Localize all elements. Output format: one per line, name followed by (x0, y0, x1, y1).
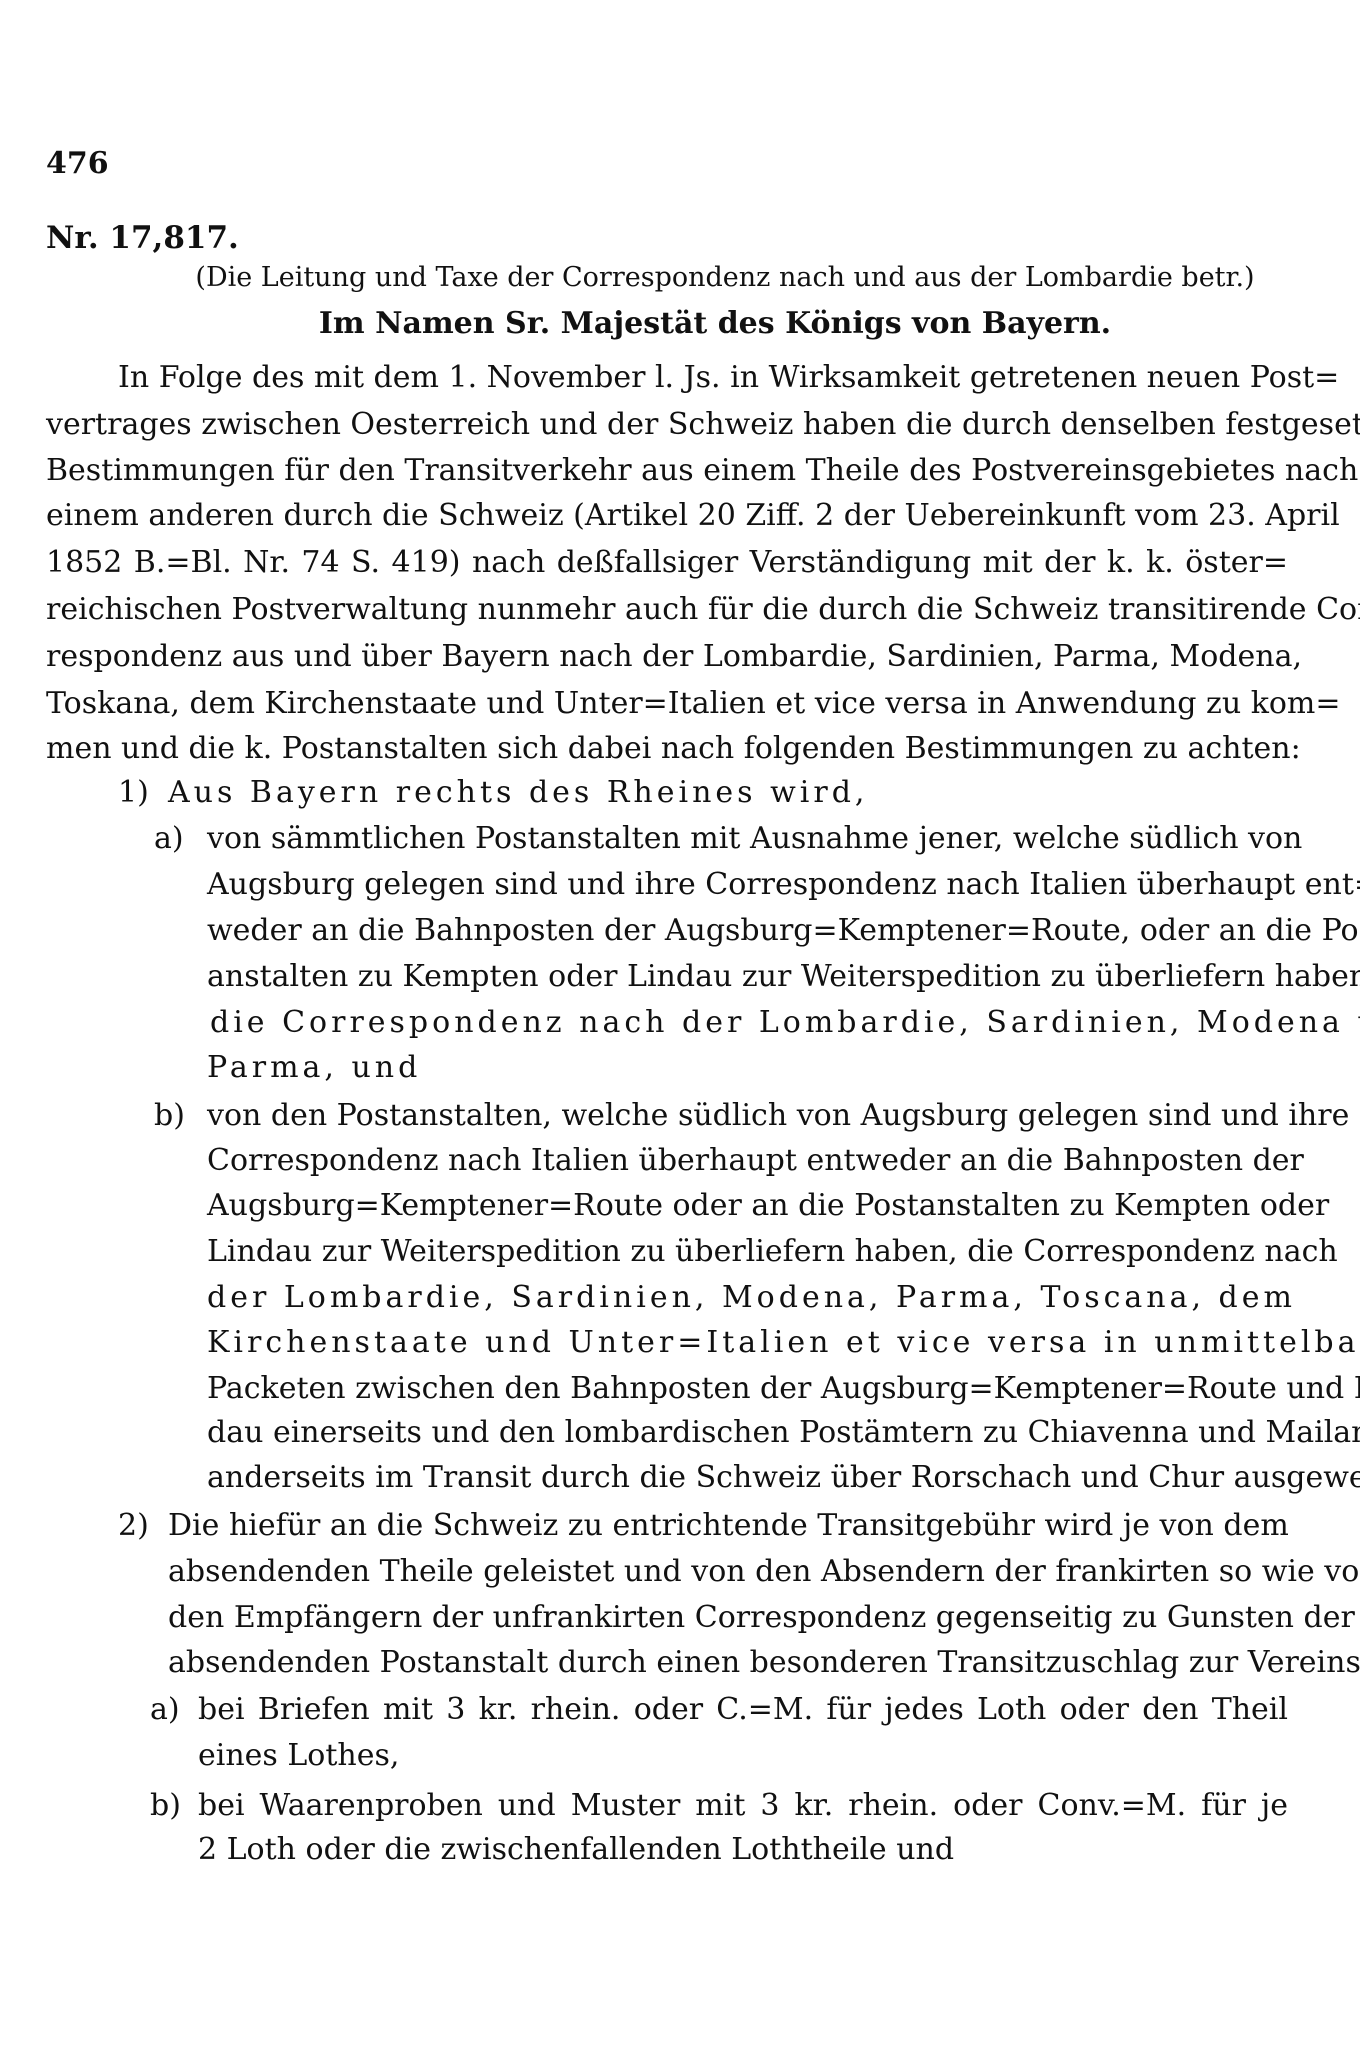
intro-line: Bestimmungen für den Transitverkehr aus … (46, 453, 1288, 489)
section-1b-line: Augsburg=Kemptener=Route oder an die Pos… (207, 1188, 1288, 1224)
section-2-label: 2) (118, 1508, 149, 1544)
intro-line: Toskana, dem Kirchenstaate und Unter=Ita… (46, 686, 1288, 722)
section-1b-line: Correspondenz nach Italien überhaupt ent… (207, 1143, 1288, 1179)
section-2-line: den Empfängern der unfrankirten Correspo… (168, 1600, 1288, 1636)
section-1-title: Aus Bayern rechts des Rheines wird, (168, 775, 868, 811)
intro-line: vertrages zwischen Oesterreich und der S… (46, 407, 1288, 443)
section-1a-line: Parma, und (207, 1050, 421, 1086)
document-subtitle: (Die Leitung und Taxe der Correspondenz … (0, 262, 1360, 293)
section-1b-line: von den Postanstalten, welche südlich vo… (207, 1098, 1288, 1134)
section-1-label: 1) (118, 775, 149, 811)
section-1b-line: dau einerseits und den lombardischen Pos… (207, 1415, 1288, 1451)
section-1b-line: der Lombardie, Sardinien, Modena, Parma,… (207, 1280, 1288, 1316)
section-2b-label: b) (150, 1788, 181, 1824)
section-1b-line: Kirchenstaate und Unter=Italien et vice … (207, 1325, 1288, 1361)
section-1a-line: Augsburg gelegen sind und ihre Correspon… (207, 867, 1288, 903)
section-2-line: absendenden Theile geleistet und von den… (168, 1554, 1288, 1590)
section-1a-line: weder an die Bahnposten der Augsburg=Kem… (207, 913, 1288, 949)
section-2-line: Die hiefür an die Schweiz zu entrichtend… (168, 1508, 1288, 1544)
section-1b-line: anderseits im Transit durch die Schweiz … (207, 1460, 1288, 1496)
section-1b-label: b) (154, 1098, 185, 1134)
section-2b-line: 2 Loth oder die zwischenfallenden Lothth… (198, 1832, 954, 1868)
intro-line: In Folge des mit dem 1. November l. Js. … (118, 360, 1288, 396)
intro-line: reichischen Postverwaltung nunmehr auch … (46, 592, 1288, 628)
section-2a-line: bei Briefen mit 3 kr. rhein. oder C.=M. … (198, 1692, 1288, 1728)
document-number: Nr. 17,817. (46, 220, 239, 256)
section-2b-line: bei Waarenproben und Muster mit 3 kr. rh… (198, 1788, 1288, 1824)
section-1b-line: Packeten zwischen den Bahnposten der Aug… (207, 1371, 1288, 1407)
section-1a-label: a) (154, 821, 184, 857)
section-2a-line: eines Lothes, (198, 1738, 399, 1774)
intro-line: 1852 B.=Bl. Nr. 74 S. 419) nach deßfalls… (46, 545, 1288, 581)
intro-line: men und die k. Postanstalten sich dabei … (46, 731, 1301, 767)
section-1a-line: von sämmtlichen Postanstalten mit Ausnah… (207, 821, 1288, 857)
document-heading: Im Namen Sr. Majestät des Königs von Bay… (0, 306, 1360, 341)
intro-line: einem anderen durch die Schweiz (Artikel… (46, 498, 1288, 534)
page-number: 476 (46, 146, 109, 181)
intro-line: respondenz aus und über Bayern nach der … (46, 639, 1288, 675)
section-1a-line: die Correspondenz nach der Lombardie, Sa… (210, 1005, 1288, 1041)
section-1a-line: anstalten zu Kempten oder Lindau zur Wei… (207, 959, 1288, 995)
section-2a-label: a) (150, 1692, 180, 1728)
section-2-line: absendenden Postanstalt durch einen beso… (168, 1645, 1288, 1681)
section-1b-line: Lindau zur Weiterspedition zu überliefer… (207, 1234, 1288, 1270)
